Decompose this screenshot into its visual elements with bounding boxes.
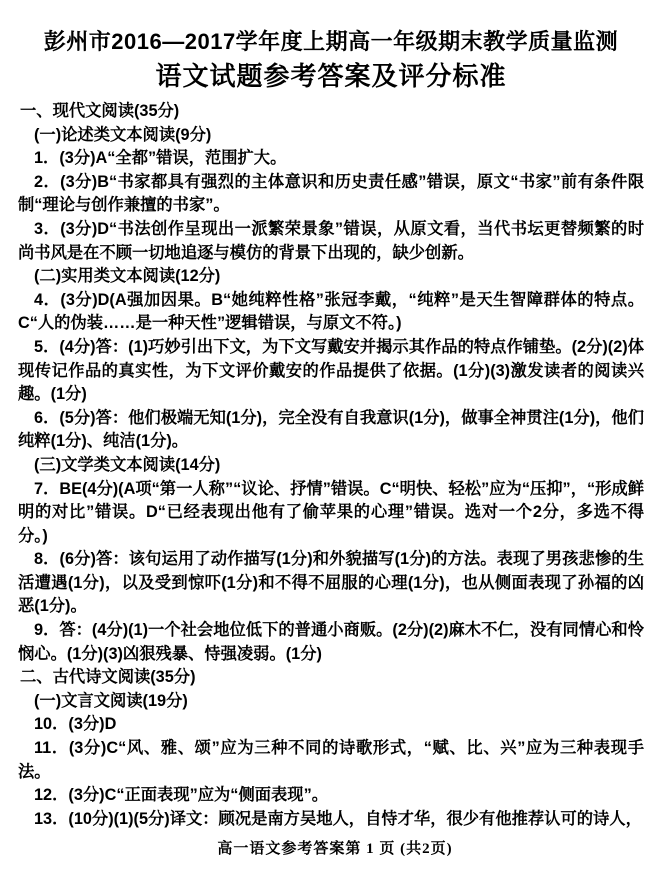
subsection-heading-practical-reading: (二)实用类文本阅读(12分) [18, 265, 644, 289]
answer-item-2: 2．(3分)B“书家都具有强烈的主体意识和历史责任感”错误，原文“书家”前有条件… [18, 171, 644, 218]
answer-body: 一、现代文阅读(35分) (一)论述类文本阅读(9分) 1．(3分)A“全都”错… [18, 100, 644, 831]
answer-item-3: 3．(3分)D“书法创作呈现出一派繁荣景象”错误，从原文看，当代书坛更替频繁的时… [18, 218, 644, 265]
answer-item-1: 1．(3分)A“全都”错误，范围扩大。 [18, 147, 644, 171]
section-heading-classical-poetry-reading: 二、古代诗文阅读(35分) [18, 666, 644, 690]
answer-item-12: 12．(3分)C“正面表现”应为“侧面表现”。 [18, 784, 644, 808]
answer-item-5: 5．(4分)答：(1)巧妙引出下文，为下文写戴安并揭示其作品的特点作铺垫。(2分… [18, 336, 644, 407]
subsection-heading-argumentative-reading: (一)论述类文本阅读(9分) [18, 124, 644, 148]
exam-title: 彭州市2016—2017学年度上期高一年级期末教学质量监测 [18, 27, 644, 57]
answer-key-title: 语文试题参考答案及评分标准 [18, 59, 644, 93]
answer-item-6: 6．(5分)答：他们极端无知(1分)，完全没有自我意识(1分)，做事全神贯注(1… [18, 407, 644, 454]
answer-item-4: 4．(3分)D(A强加因果。B“她纯粹性格”张冠李戴，“纯粹”是天生智障群体的特… [18, 289, 644, 336]
answer-item-9: 9．答：(4分)(1)一个社会地位低下的普通小商贩。(2分)(2)麻木不仁，没有… [18, 619, 644, 666]
answer-item-11: 11．(3分)C“风、雅、颂”应为三种不同的诗歌形式，“赋、比、兴”应为三种表现… [18, 737, 644, 784]
subsection-heading-literary-reading: (三)文学类文本阅读(14分) [18, 454, 644, 478]
answer-item-13: 13．(10分)(1)(5分)译文：顾况是南方吴地人，自恃才华，很少有他推荐认可… [18, 808, 644, 832]
document-page: 彭州市2016—2017学年度上期高一年级期末教学质量监测 语文试题参考答案及评… [0, 0, 670, 881]
section-heading-modern-text-reading: 一、现代文阅读(35分) [18, 100, 644, 124]
answer-item-10: 10．(3分)D [18, 713, 644, 737]
subsection-heading-classical-chinese-reading: (一)文言文阅读(19分) [18, 690, 644, 714]
page-footer: 高一语文参考答案第 1 页 (共2页) [0, 837, 670, 858]
answer-item-7: 7．BE(4分)(A项“第一人称”“议论、抒情”错误。C“明快、轻松”应为“压抑… [18, 478, 644, 549]
answer-item-8: 8．(6分)答：该句运用了动作描写(1分)和外貌描写(1分)的方法。表现了男孩悲… [18, 548, 644, 619]
